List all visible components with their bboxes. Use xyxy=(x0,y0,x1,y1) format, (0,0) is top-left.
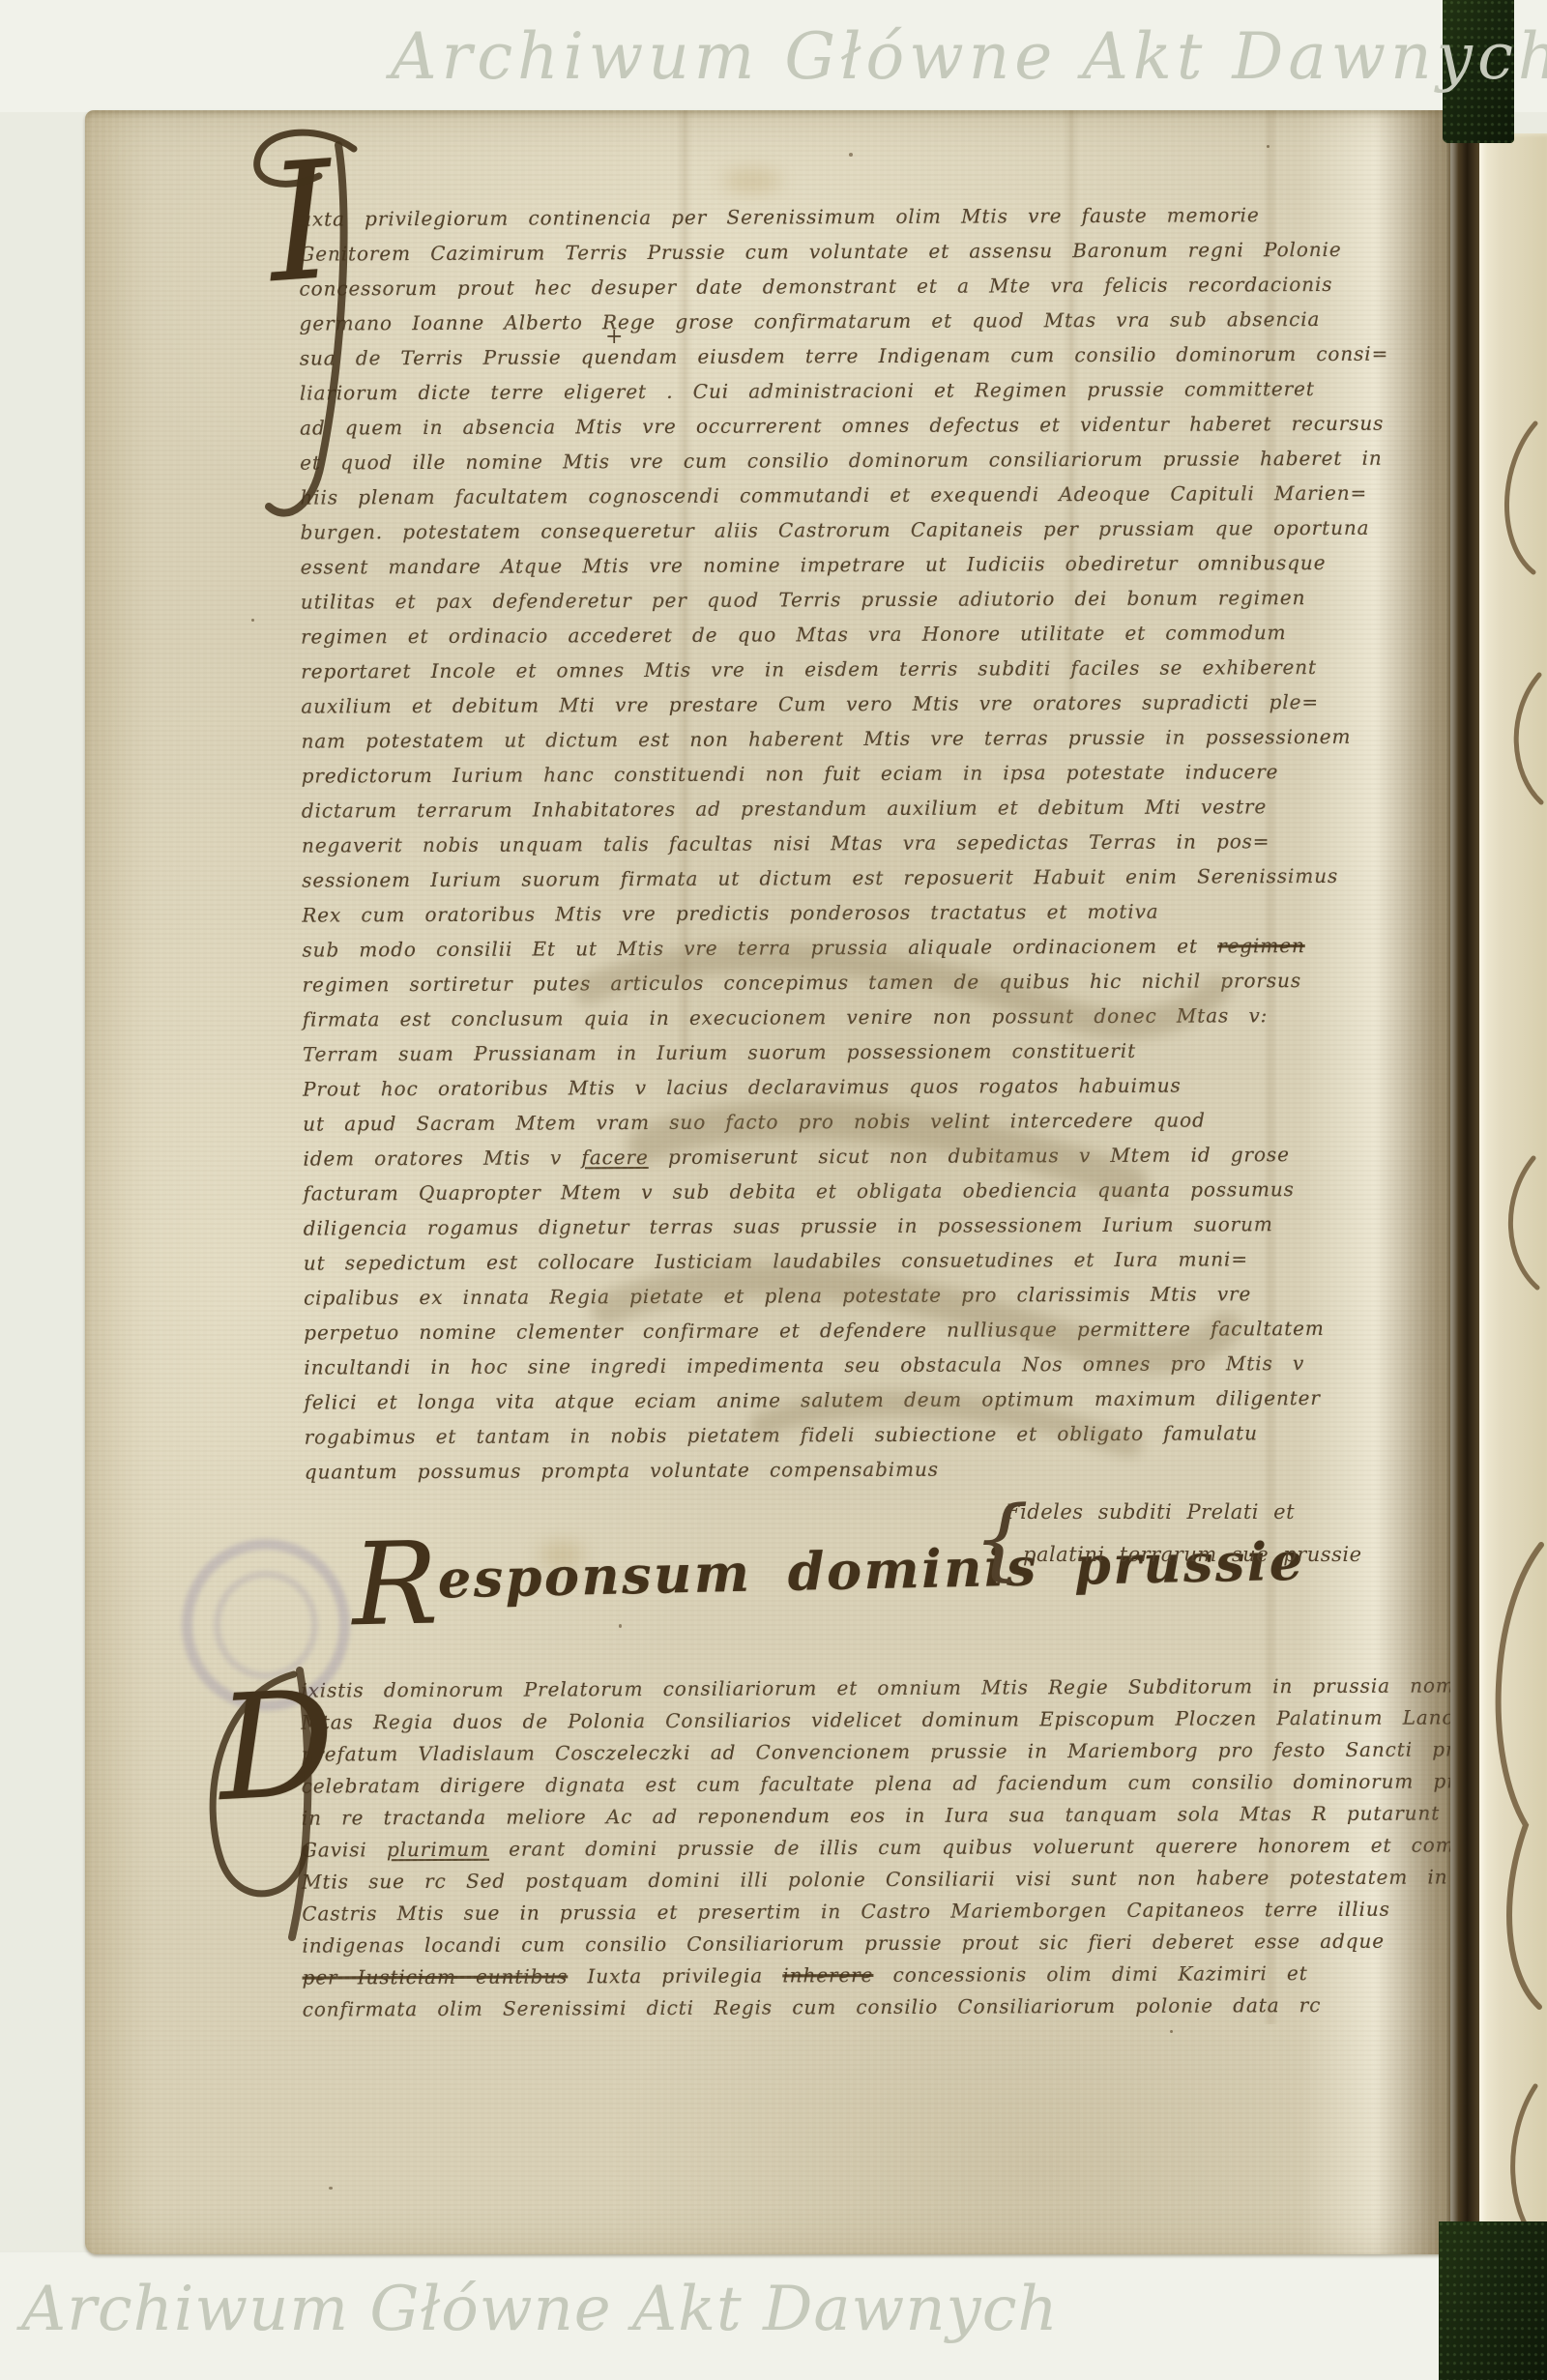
scan-background-left xyxy=(0,112,87,2254)
ink-speck xyxy=(329,2187,333,2190)
parchment-stain xyxy=(723,168,781,193)
manuscript-line: per Iusticiam euntibus Iuxta privilegia … xyxy=(303,1957,1450,1993)
ink-speck xyxy=(1267,145,1270,148)
manuscript-line: Genitorem Cazimirum Terris Prussie cum v… xyxy=(299,231,1445,271)
manuscript-line: regimen et ordinacio accederet de quo Mt… xyxy=(301,614,1446,653)
manuscript-line: reportaret Incole et omnes Mtis vre in e… xyxy=(301,649,1446,688)
signature-block: { Fideles subditi Prelati et palatini te… xyxy=(1006,1491,1362,1576)
manuscript-line: uxta privilegiorum continencia per Seren… xyxy=(299,196,1445,236)
heading-initial-r: R xyxy=(351,1516,440,1651)
binding-gutter-shadow xyxy=(1446,110,1481,2254)
manuscript-line: nam potestatem ut dictum est non haberen… xyxy=(301,718,1446,758)
ink-speck xyxy=(619,1624,622,1628)
archival-scan-viewer: I uxta privilegiorum continencia per Ser… xyxy=(0,0,1547,2380)
brace-glyph: { xyxy=(973,1487,1030,1590)
manuscript-line: liariorum dicte terre eligeret . Cui adm… xyxy=(300,370,1445,410)
manuscript-line: dictarum terrarum Inhabitatores ad prest… xyxy=(302,788,1447,827)
initial-d-swash xyxy=(178,1657,342,1966)
ink-bleedthrough-ghost xyxy=(511,903,1245,1502)
manuscript-line: ad quem in absencia Mtis vre occurrerent… xyxy=(300,405,1445,445)
manuscript-line: in re tractanda meliore Ac ad reponendum… xyxy=(302,1797,1450,1834)
ink-speck xyxy=(251,619,254,622)
manuscript-line: sua de Terris Prussie quendam eiusdem te… xyxy=(300,335,1445,375)
book-cover-corner xyxy=(1439,2221,1547,2380)
manuscript-line: Mtas Regia duos de Polonia Consiliarios … xyxy=(301,1701,1450,1738)
manuscript-line: hiis plenam facultatem cognoscendi commu… xyxy=(300,475,1445,514)
manuscript-line: utilitas et pax defenderetur per quod Te… xyxy=(301,579,1446,619)
manuscript-line: auxilium et debitum Mti vre prestare Cum… xyxy=(301,683,1446,723)
manuscript-line: celebratam dirigere dignata est cum facu… xyxy=(302,1765,1450,1802)
signature-line-1: Fideles subditi Prelati et xyxy=(1006,1491,1362,1533)
manuscript-line: confirmata olim Serenissimi dicti Regis … xyxy=(303,1988,1450,2025)
manuscript-line: indigenas locandi cum consilio Consiliar… xyxy=(302,1925,1450,1961)
manuscript-text-block-2: ixistis dominorum Prelatorum consiliario… xyxy=(301,1669,1450,2025)
manuscript-line: ixistis dominorum Prelatorum consiliario… xyxy=(301,1669,1450,1706)
manuscript-line: et quod ille nomine Mtis vre cum consili… xyxy=(300,440,1445,479)
manuscript-line: Mtis sue rc Sed postquam domini illi pol… xyxy=(302,1861,1450,1898)
manuscript-line: concessorum prout hec desuper date demon… xyxy=(299,266,1445,305)
initial-i-swash xyxy=(230,120,404,536)
archive-watermark-top: Archiwum Główne Akt Dawnych xyxy=(391,19,1547,94)
manuscript-line: predictorum Iurium hanc constituendi non… xyxy=(302,753,1447,793)
facing-page-flourishes xyxy=(1479,133,1547,2225)
manuscript-line: essent mandare Atque Mtis vre nomine imp… xyxy=(301,544,1446,584)
archive-watermark-bottom: Archiwum Główne Akt Dawnych xyxy=(21,2274,1059,2345)
manuscript-line: Castris Mtis sue in prussia et presertim… xyxy=(302,1893,1450,1930)
signature-line-2: palatini terrarum sue prussie xyxy=(1023,1533,1362,1576)
manuscript-line: Gavisi plurimum erant domini prussie de … xyxy=(302,1829,1450,1866)
manuscript-line: sessionem Iurium suorum firmata ut dictu… xyxy=(302,857,1447,897)
manuscript-line: burgen. potestatem consequeretur aliis C… xyxy=(301,509,1446,549)
insertion-mark: + xyxy=(605,325,623,349)
manuscript-page: I uxta privilegiorum continencia per Ser… xyxy=(85,110,1450,2254)
facing-page-sliver xyxy=(1479,133,1547,2225)
ink-speck xyxy=(849,153,853,157)
ink-speck xyxy=(1170,2030,1173,2033)
manuscript-line: negaverit nobis unquam talis facultas ni… xyxy=(302,823,1447,862)
manuscript-line: prefatum Vladislaum Cosczeleczki ad Conv… xyxy=(302,1733,1450,1770)
manuscript-line: germano Ioanne Alberto Rege grose confir… xyxy=(300,301,1445,340)
